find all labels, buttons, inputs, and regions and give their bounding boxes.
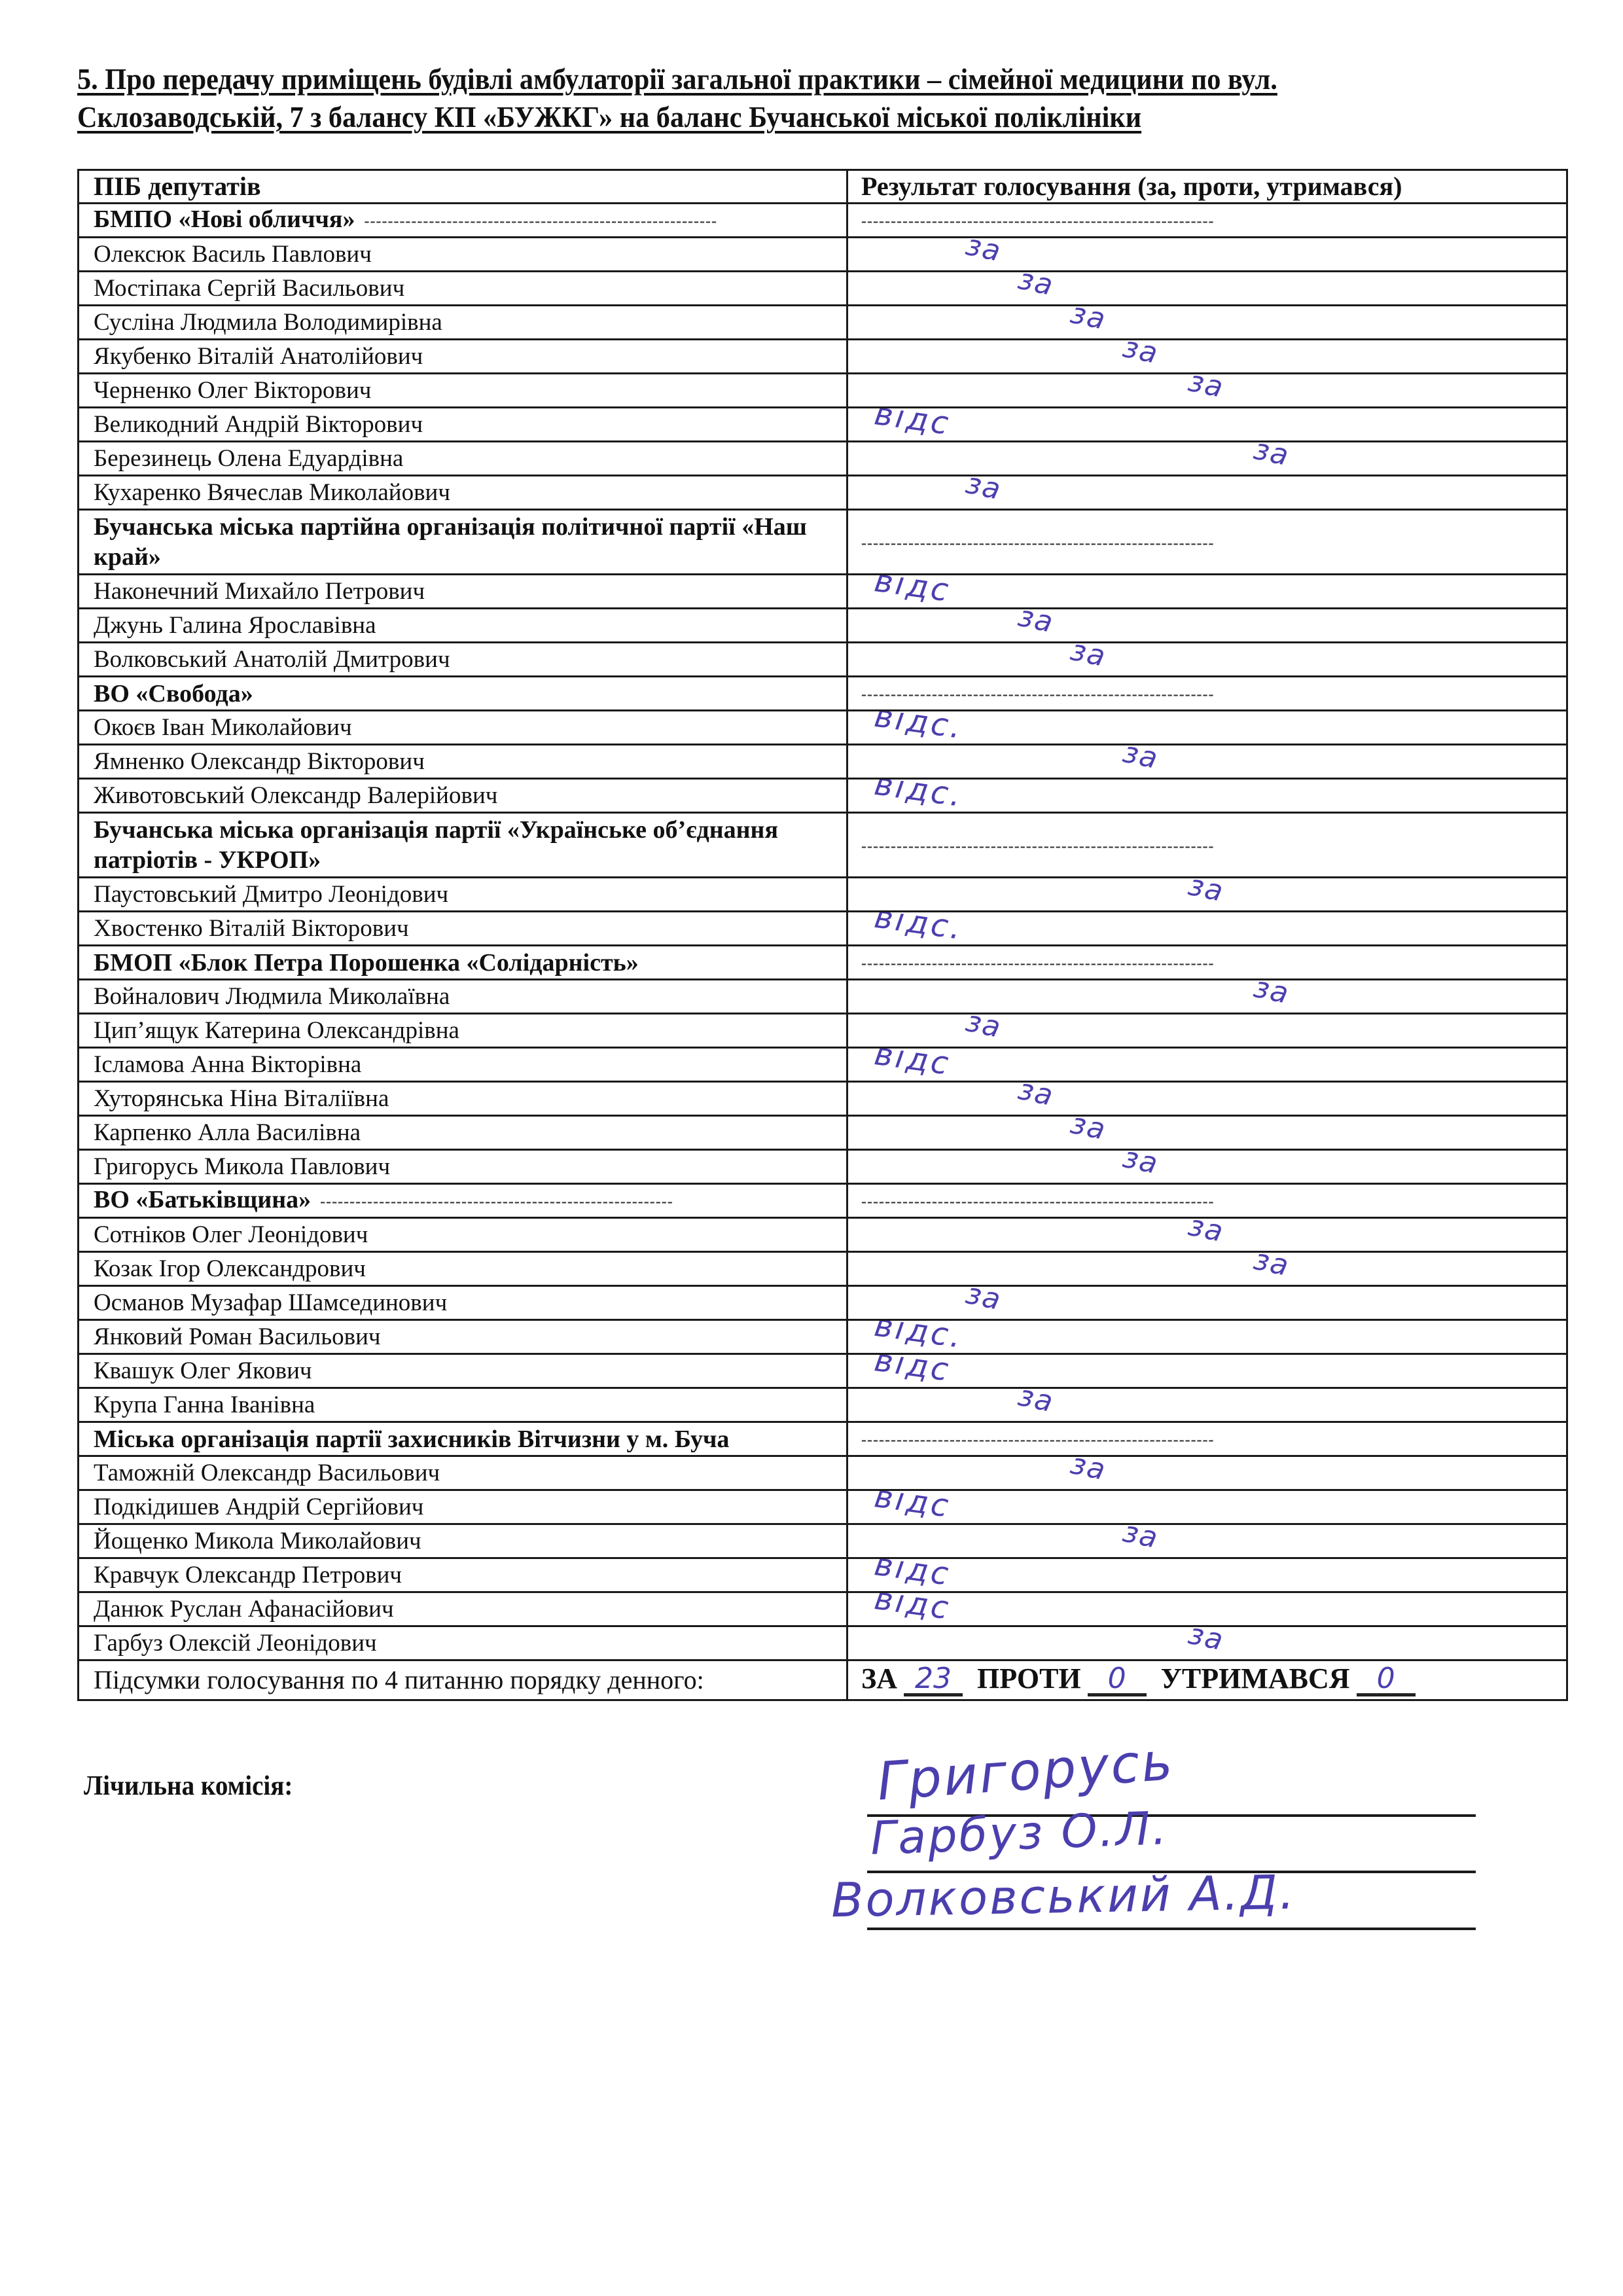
handwritten-vote: за: [1016, 272, 1056, 301]
deputy-row: Животовський Олександр Валерійовичвідс.: [79, 779, 1567, 813]
handwritten-vote: за: [1186, 1626, 1226, 1656]
deputy-row: Мостіпака Сергій Васильовичза: [79, 272, 1567, 306]
deputy-vote-cell: за: [847, 1286, 1567, 1320]
party-group-row: БМПО «Нові обличчя»---------------------…: [79, 204, 1567, 238]
deputy-row: Квашук Олег Яковичвідс: [79, 1354, 1567, 1388]
deputy-row: Ісламова Анна Вікторівнавідс: [79, 1048, 1567, 1082]
deputy-row: Окоєв Іван Миколайовичвідс.: [79, 711, 1567, 745]
deputy-row: Янковий Роман Васильовичвідс.: [79, 1320, 1567, 1354]
deputy-name: Ямненко Олександр Вікторович: [79, 745, 847, 779]
deputy-name: Сотніков Олег Леонідович: [79, 1218, 847, 1252]
handwritten-vote: за: [1016, 609, 1056, 638]
deputy-vote-cell: за: [847, 1524, 1567, 1558]
handwritten-vote: відс.: [873, 711, 965, 743]
deputy-name: Козак Ігор Олександрович: [79, 1252, 847, 1286]
deputy-row: Кухаренко Вячеслав Миколайовичза: [79, 476, 1567, 510]
deputy-name: Григорусь Микола Павлович: [79, 1150, 847, 1184]
handwritten-vote: відс.: [873, 779, 965, 811]
deputy-name: Данюк Руслан Афанасійович: [79, 1592, 847, 1626]
deputy-vote-cell: за: [847, 1626, 1567, 1660]
deputy-vote-cell: за: [847, 442, 1567, 476]
handwritten-vote: за: [1186, 878, 1226, 907]
signature: Волковський А.Д.: [830, 1865, 1296, 1928]
handwritten-vote: за: [963, 476, 1004, 505]
deputy-name: Таможній Олександр Васильович: [79, 1456, 847, 1490]
deputy-vote-cell: за: [847, 340, 1567, 374]
party-name-text: Бучанська міська партійна організація по…: [94, 513, 807, 571]
deputy-vote-cell: за: [847, 272, 1567, 306]
handwritten-vote: за: [1068, 306, 1109, 335]
summary-results: ЗА 23 ПРОТИ 0 УТРИМАВСЯ 0: [847, 1660, 1567, 1700]
deputy-name: Мостіпака Сергій Васильович: [79, 272, 847, 306]
handwritten-vote: відс: [873, 575, 953, 605]
party-name: БМОП «Блок Петра Порошенка «Солідарність…: [79, 946, 847, 980]
party-name-text: ВО «Свобода»: [94, 680, 253, 708]
deputy-vote-cell: за: [847, 1218, 1567, 1252]
deputy-vote-cell: відс.: [847, 711, 1567, 745]
deputy-vote-cell: за: [847, 476, 1567, 510]
table-header-row: ПІБ депутатів Результат голосування (за,…: [79, 170, 1567, 204]
deputy-row: Кравчук Олександр Петровичвідс: [79, 1558, 1567, 1592]
signature: Гарбуз О.Л.: [870, 1801, 1169, 1865]
document-title: 5. Про передачу приміщень будівлі амбула…: [77, 60, 1431, 136]
deputy-vote-cell: за: [847, 238, 1567, 272]
deputy-name: Янковий Роман Васильович: [79, 1320, 847, 1354]
deputy-name: Волковський Анатолій Дмитрович: [79, 643, 847, 677]
dash-filler: ----------------------------------------…: [861, 1187, 1215, 1216]
handwritten-vote: за: [963, 1286, 1004, 1316]
deputy-vote-cell: за: [847, 1388, 1567, 1422]
dash-filler: ----------------------------------------…: [861, 529, 1215, 558]
party-result-placeholder: ----------------------------------------…: [847, 1422, 1567, 1456]
dash-filler: ----------------------------------------…: [861, 832, 1215, 861]
deputy-name: Кухаренко Вячеслав Миколайович: [79, 476, 847, 510]
party-group-row: Бучанська міська організація партії «Укр…: [79, 813, 1567, 878]
commission-label: Лічильна комісія:: [84, 1770, 293, 1802]
deputy-name: Паустовський Дмитро Леонідович: [79, 878, 847, 912]
party-name-text: БМОП «Блок Петра Порошенка «Солідарність…: [94, 949, 639, 977]
deputy-vote-cell: за: [847, 609, 1567, 643]
handwritten-vote: відс.: [873, 1320, 965, 1352]
deputy-row: Войналович Людмила Миколаївназа: [79, 980, 1567, 1014]
deputy-name: Наконечний Михайло Петрович: [79, 575, 847, 609]
deputy-row: Данюк Руслан Афанасійовичвідс: [79, 1592, 1567, 1626]
deputy-vote-cell: за: [847, 374, 1567, 408]
deputy-name: Животовський Олександр Валерійович: [79, 779, 847, 813]
deputy-vote-cell: за: [847, 1014, 1567, 1048]
handwritten-vote: відс: [873, 1490, 953, 1521]
deputy-name: Подкідишев Андрій Сергійович: [79, 1490, 847, 1524]
deputy-row: Йощенко Микола Миколайовичза: [79, 1524, 1567, 1558]
deputy-vote-cell: відс: [847, 1558, 1567, 1592]
deputy-row: Османов Музафар Шамсединовичза: [79, 1286, 1567, 1320]
handwritten-vote: за: [963, 1014, 1004, 1043]
party-name-text: Бучанська міська організація партії «Укр…: [94, 816, 778, 874]
deputy-name: Олексюк Василь Павлович: [79, 238, 847, 272]
handwritten-vote: відс: [873, 1354, 953, 1385]
party-group-row: ВО «Свобода»----------------------------…: [79, 677, 1567, 711]
summary-label: Підсумки голосування по 4 питанню порядк…: [79, 1660, 847, 1700]
deputy-name: Османов Музафар Шамсединович: [79, 1286, 847, 1320]
deputy-vote-cell: відс: [847, 575, 1567, 609]
handwritten-vote: за: [1251, 1252, 1292, 1282]
deputy-vote-cell: за: [847, 1082, 1567, 1116]
deputy-row: Хвостенко Віталій Вікторовичвідс.: [79, 912, 1567, 946]
deputy-name: Сусліна Людмила Володимирівна: [79, 306, 847, 340]
deputy-row: Цип’ящук Катерина Олександрівназа: [79, 1014, 1567, 1048]
party-result-placeholder: ----------------------------------------…: [847, 510, 1567, 575]
party-result-placeholder: ----------------------------------------…: [847, 946, 1567, 980]
deputy-name: Хуторянська Ніна Віталіївна: [79, 1082, 847, 1116]
handwritten-vote: за: [1120, 745, 1161, 774]
deputy-row: Паустовський Дмитро Леонідовичза: [79, 878, 1567, 912]
deputy-name: Йощенко Микола Миколайович: [79, 1524, 847, 1558]
deputy-vote-cell: відс: [847, 1490, 1567, 1524]
party-group-row: ВО «Батьківщина»------------------------…: [79, 1184, 1567, 1218]
deputy-row: Карпенко Алла Василівназа: [79, 1116, 1567, 1150]
deputy-row: Джунь Галина Ярославівназа: [79, 609, 1567, 643]
handwritten-vote: за: [1068, 1116, 1109, 1145]
deputy-row: Великодний Андрій Вікторовичвідс: [79, 408, 1567, 442]
deputy-name: Черненко Олег Вікторович: [79, 374, 847, 408]
deputy-name: Хвостенко Віталій Вікторович: [79, 912, 847, 946]
handwritten-vote: відс: [873, 1558, 953, 1589]
deputy-row: Волковський Анатолій Дмитровичза: [79, 643, 1567, 677]
deputy-name: Ісламова Анна Вікторівна: [79, 1048, 847, 1082]
handwritten-vote: за: [1186, 374, 1226, 403]
deputy-row: Березинець Олена Едуардівназа: [79, 442, 1567, 476]
deputy-vote-cell: за: [847, 980, 1567, 1014]
deputy-name: Окоєв Іван Миколайович: [79, 711, 847, 745]
handwritten-vote: за: [1251, 442, 1292, 471]
deputy-name: Кравчук Олександр Петрович: [79, 1558, 847, 1592]
deputy-name: Якубенко Віталій Анатолійович: [79, 340, 847, 374]
dash-filler: ----------------------------------------…: [364, 207, 717, 236]
handwritten-vote: за: [1068, 1456, 1109, 1486]
party-name: Міська організація партії захисників Віт…: [79, 1422, 847, 1456]
handwritten-vote: відс: [873, 408, 953, 439]
handwritten-vote: відс: [873, 1048, 953, 1079]
handwritten-vote: за: [1120, 1150, 1161, 1179]
deputy-vote-cell: за: [847, 1150, 1567, 1184]
deputy-name: Квашук Олег Якович: [79, 1354, 847, 1388]
party-name-text: ВО «Батьківщина»: [94, 1186, 311, 1213]
dash-filler: ----------------------------------------…: [861, 949, 1215, 978]
header-result: Результат голосування (за, проти, утрима…: [847, 170, 1567, 204]
deputy-vote-cell: за: [847, 1116, 1567, 1150]
handwritten-vote: за: [1120, 1524, 1161, 1554]
summary-row: Підсумки голосування по 4 питанню порядк…: [79, 1660, 1567, 1700]
abstain-count: 0: [1357, 1664, 1416, 1696]
deputy-vote-cell: відс: [847, 1354, 1567, 1388]
deputy-vote-cell: відс.: [847, 779, 1567, 813]
party-name-text: БМПО «Нові обличчя»: [94, 206, 355, 233]
deputy-row: Сусліна Людмила Володимирівназа: [79, 306, 1567, 340]
header-name: ПІБ депутатів: [79, 170, 847, 204]
deputy-vote-cell: за: [847, 878, 1567, 912]
voting-table: ПІБ депутатів Результат голосування (за,…: [77, 169, 1568, 1701]
deputy-vote-cell: за: [847, 643, 1567, 677]
party-result-placeholder: ----------------------------------------…: [847, 204, 1567, 238]
deputy-row: Черненко Олег Вікторовичза: [79, 374, 1567, 408]
deputy-vote-cell: за: [847, 306, 1567, 340]
handwritten-vote: за: [1186, 1218, 1226, 1247]
deputy-row: Подкідишев Андрій Сергійовичвідс: [79, 1490, 1567, 1524]
dash-filler: ----------------------------------------…: [861, 680, 1215, 709]
deputy-row: Крупа Ганна Іванівназа: [79, 1388, 1567, 1422]
deputy-row: Козак Ігор Олександровичза: [79, 1252, 1567, 1286]
deputy-vote-cell: за: [847, 745, 1567, 779]
deputy-vote-cell: відс: [847, 1048, 1567, 1082]
deputy-row: Наконечний Михайло Петровичвідс: [79, 575, 1567, 609]
deputy-row: Таможній Олександр Васильовичза: [79, 1456, 1567, 1490]
party-result-placeholder: ----------------------------------------…: [847, 813, 1567, 878]
deputy-name: Гарбуз Олексій Леонідович: [79, 1626, 847, 1660]
deputy-row: Гарбуз Олексій Леонідовичза: [79, 1626, 1567, 1660]
handwritten-vote: за: [1016, 1082, 1056, 1111]
handwritten-vote: за: [1016, 1388, 1056, 1418]
deputy-vote-cell: відс: [847, 1592, 1567, 1626]
dash-filler: ----------------------------------------…: [320, 1187, 673, 1216]
deputy-name: Великодний Андрій Вікторович: [79, 408, 847, 442]
deputy-row: Якубенко Віталій Анатолійовичза: [79, 340, 1567, 374]
deputy-name: Цип’ящук Катерина Олександрівна: [79, 1014, 847, 1048]
party-name: Бучанська міська організація партії «Укр…: [79, 813, 847, 878]
signature: Григорусь: [875, 1731, 1176, 1812]
dash-filler: ----------------------------------------…: [861, 1426, 1215, 1454]
for-label: ЗА: [861, 1662, 897, 1695]
abstain-label: УТРИМАВСЯ: [1161, 1662, 1350, 1695]
deputy-row: Сотніков Олег Леонідовичза: [79, 1218, 1567, 1252]
deputy-row: Олексюк Василь Павловичза: [79, 238, 1567, 272]
party-name: ВО «Свобода»: [79, 677, 847, 711]
deputy-name: Джунь Галина Ярославівна: [79, 609, 847, 643]
party-result-placeholder: ----------------------------------------…: [847, 677, 1567, 711]
deputy-vote-cell: відс: [847, 408, 1567, 442]
handwritten-vote: за: [1120, 340, 1161, 369]
handwritten-vote: за: [1251, 980, 1292, 1009]
party-group-row: БМОП «Блок Петра Порошенка «Солідарність…: [79, 946, 1567, 980]
signature-line: [867, 1928, 1476, 1930]
handwritten-vote: відс: [873, 1592, 953, 1623]
deputy-name: Березинець Олена Едуардівна: [79, 442, 847, 476]
party-result-placeholder: ----------------------------------------…: [847, 1184, 1567, 1218]
deputy-vote-cell: за: [847, 1456, 1567, 1490]
handwritten-vote: за: [963, 238, 1004, 267]
dash-filler: ----------------------------------------…: [861, 207, 1215, 236]
for-count: 23: [904, 1664, 963, 1696]
handwritten-vote: за: [1068, 643, 1109, 672]
against-label: ПРОТИ: [977, 1662, 1081, 1695]
party-name-text: Міська організація партії захисників Віт…: [94, 1426, 729, 1453]
handwritten-vote: відс.: [873, 912, 965, 944]
against-count: 0: [1088, 1664, 1147, 1696]
deputy-row: Ямненко Олександр Вікторовичза: [79, 745, 1567, 779]
deputy-row: Хуторянська Ніна Віталіївназа: [79, 1082, 1567, 1116]
party-group-row: Міська організація партії захисників Віт…: [79, 1422, 1567, 1456]
deputy-vote-cell: відс.: [847, 1320, 1567, 1354]
deputy-vote-cell: відс.: [847, 912, 1567, 946]
deputy-row: Григорусь Микола Павловичза: [79, 1150, 1567, 1184]
party-group-row: Бучанська міська партійна організація по…: [79, 510, 1567, 575]
party-name: ВО «Батьківщина»------------------------…: [79, 1184, 847, 1218]
deputy-name: Карпенко Алла Василівна: [79, 1116, 847, 1150]
deputy-name: Крупа Ганна Іванівна: [79, 1388, 847, 1422]
deputy-vote-cell: за: [847, 1252, 1567, 1286]
party-name: Бучанська міська партійна організація по…: [79, 510, 847, 575]
party-name: БМПО «Нові обличчя»---------------------…: [79, 204, 847, 238]
deputy-name: Войналович Людмила Миколаївна: [79, 980, 847, 1014]
